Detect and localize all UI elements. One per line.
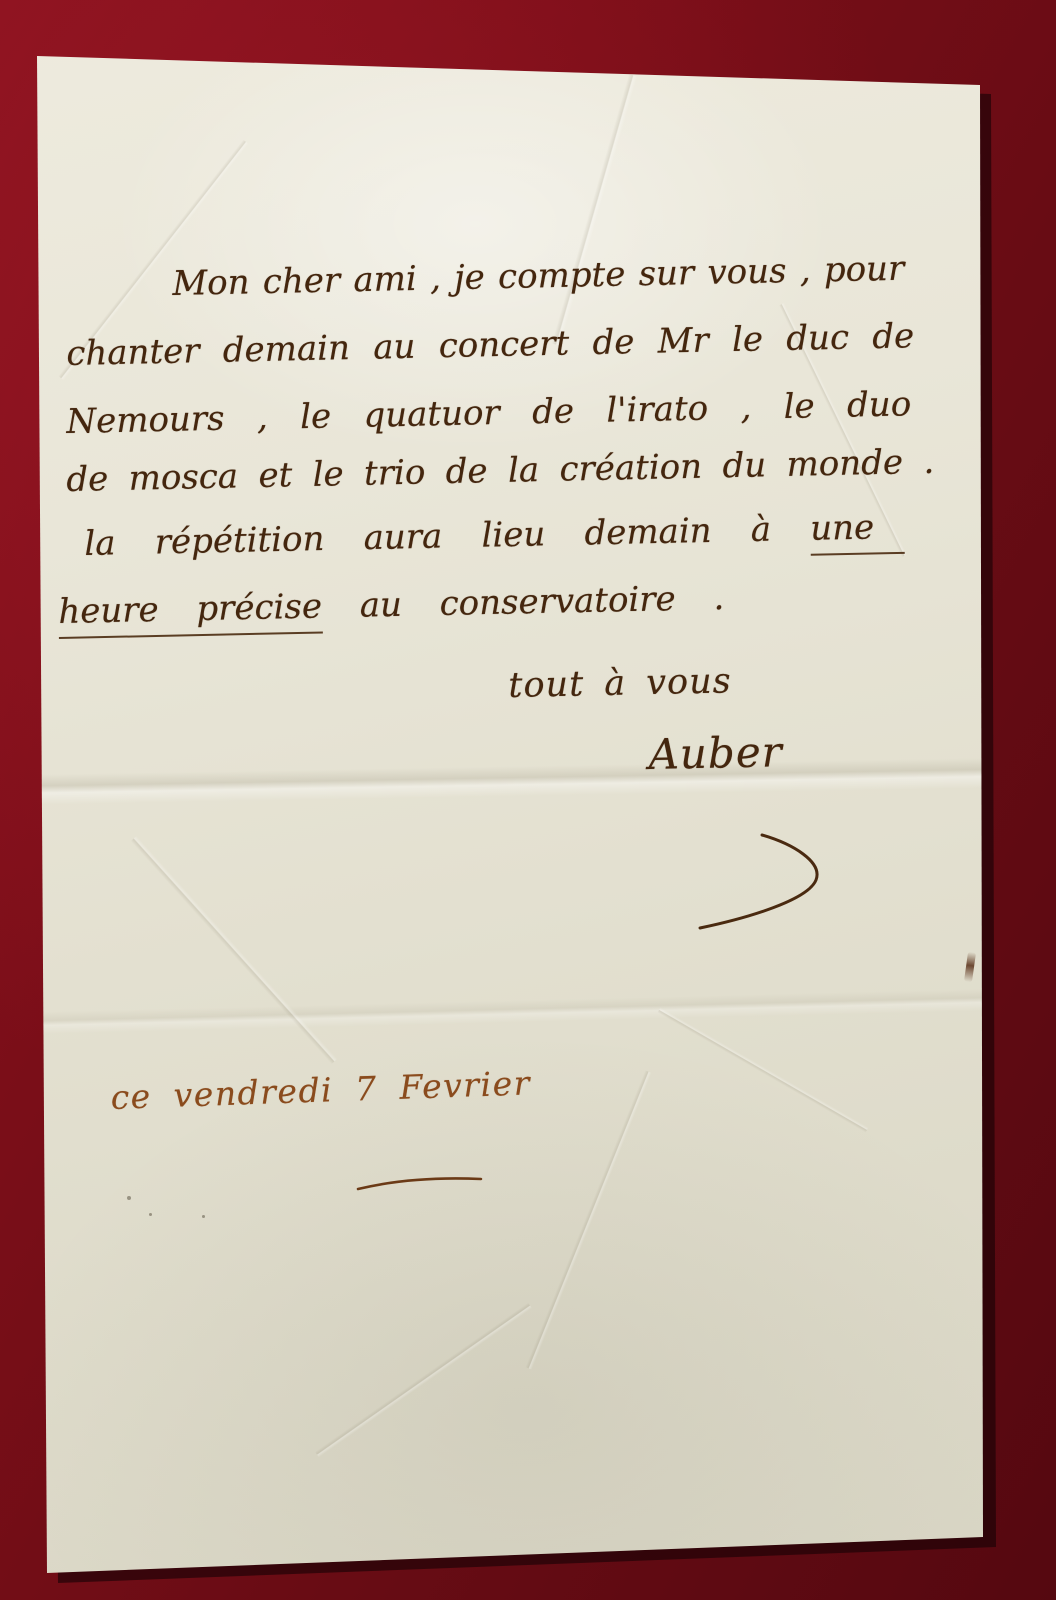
letter-closing: tout à vous <box>508 661 732 706</box>
signature-paraph-icon <box>688 822 838 942</box>
letter-paper: Mon cher ami , je compte sur vous , pour… <box>0 0 1056 1600</box>
letter-line-6-text: au conservatoire . <box>322 578 725 626</box>
underlined-word-une: une <box>810 507 905 556</box>
date-underline-flourish-icon <box>354 1168 486 1196</box>
pinhole-mark <box>149 1213 152 1216</box>
letter-signature: Auber <box>648 727 783 779</box>
pinhole-mark <box>202 1215 205 1218</box>
underlined-phrase-heure-precise: heure précise <box>58 586 323 639</box>
pinhole-mark <box>127 1196 131 1200</box>
photo-background: Mon cher ami , je compte sur vous , pour… <box>0 0 1056 1600</box>
